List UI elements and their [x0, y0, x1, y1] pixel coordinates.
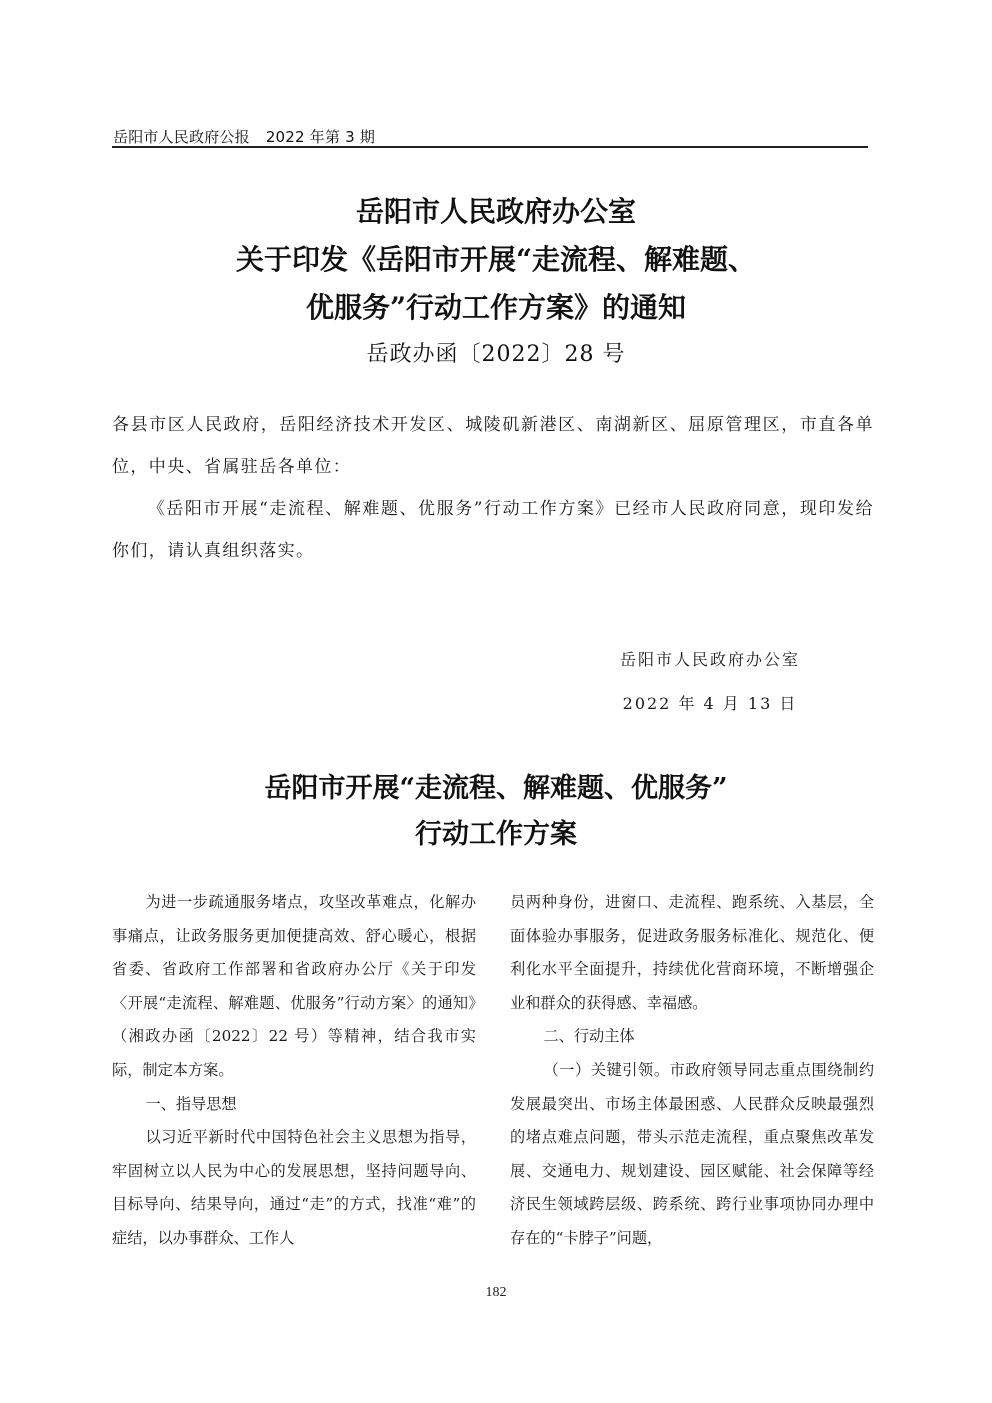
body-paragraph: （一）关键引领。市政府领导同志重点围绕制约发展最突出、市场主体最困惑、人民群众反… — [510, 1054, 874, 1256]
notice-title: 岳阳市人民政府办公室 关于印发《岳阳市开展“走流程、解难题、 优服务”行动工作方… — [112, 188, 880, 332]
intro-paragraph: 为进一步疏通服务堵点，攻坚改革难点，化解办事痛点，让政务服务更加便捷高效、舒心暖… — [112, 886, 476, 1088]
page-number: 182 — [446, 1285, 546, 1301]
header-divider — [112, 146, 868, 148]
plan-title-line: 岳阳市开展“走流程、解难题、优服务” — [112, 766, 880, 812]
plan-title-line: 行动工作方案 — [112, 812, 880, 858]
right-column: 员两种身份，进窗口、走流程、跑系统、入基层，全面体验办事服务，促进政务服务标准化… — [510, 886, 874, 1256]
signature-date: 2022 年 4 月 13 日 — [560, 689, 860, 719]
publication-name: 岳阳市人民政府公报 — [113, 128, 250, 146]
addressee-paragraph: 各县市区人民政府，岳阳经济技术开发区、城陵矶新港区、南湖新区、屈原管理区，市直各… — [112, 404, 874, 488]
notice-title-line: 关于印发《岳阳市开展“走流程、解难题、 — [112, 236, 880, 284]
left-column: 为进一步疏通服务堵点，攻坚改革难点，化解办事痛点，让政务服务更加便捷高效、舒心暖… — [112, 886, 476, 1256]
issue-number: 2022 年第 3 期 — [266, 128, 375, 146]
body-paragraph-continued: 员两种身份，进窗口、走流程、跑系统、入基层，全面体验办事服务，促进政务服务标准化… — [510, 886, 874, 1020]
signature-org: 岳阳市人民政府办公室 — [560, 645, 860, 675]
notice-title-line: 优服务”行动工作方案》的通知 — [112, 284, 880, 332]
two-column-body: 为进一步疏通服务堵点，攻坚改革难点，化解办事痛点，让政务服务更加便捷高效、舒心暖… — [112, 886, 874, 1256]
notice-title-line: 岳阳市人民政府办公室 — [112, 188, 880, 236]
document-page: 岳阳市人民政府公报2022 年第 3 期 岳阳市人民政府办公室 关于印发《岳阳市… — [0, 0, 992, 1403]
notice-paragraph: 《岳阳市开展“走流程、解难题、优服务”行动工作方案》已经市人民政府同意，现印发给… — [112, 488, 874, 572]
running-header: 岳阳市人民政府公报2022 年第 3 期 — [113, 126, 375, 147]
body-paragraph: 以习近平新时代中国特色社会主义思想为指导，牢固树立以人民为中心的发展思想，坚持问… — [112, 1121, 476, 1255]
signature-block: 岳阳市人民政府办公室 2022 年 4 月 13 日 — [560, 645, 860, 719]
plan-title: 岳阳市开展“走流程、解难题、优服务” 行动工作方案 — [112, 766, 880, 858]
section-heading: 二、行动主体 — [510, 1020, 874, 1054]
document-number: 岳政办函〔2022〕28 号 — [112, 337, 880, 368]
notice-body: 各县市区人民政府，岳阳经济技术开发区、城陵矶新港区、南湖新区、屈原管理区，市直各… — [112, 404, 874, 572]
section-heading: 一、指导思想 — [112, 1088, 476, 1122]
